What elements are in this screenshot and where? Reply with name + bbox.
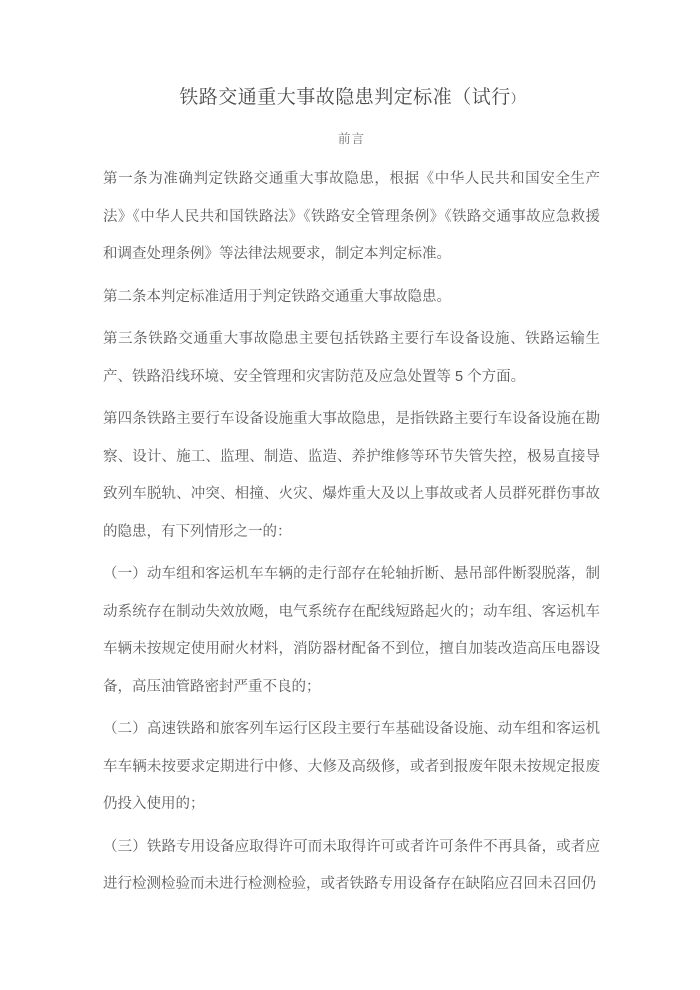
document-content: 铁路交通重大事故隐患判定标准（试行） 前言 第一条为准确判定铁路交通重大事故隐患…	[103, 0, 600, 904]
preface-heading: 前言	[103, 131, 600, 147]
list-item-2: （二）高速铁路和旅客列车运行区段主要行车基础设备设施、动车组和客运机车车辆未按要…	[103, 711, 600, 824]
article-paragraph-1: 第一条为准确判定铁路交通重大事故隐患，根据《中华人民共和国安全生产法》《中华人民…	[103, 161, 600, 274]
document-page: 铁路交通重大事故隐患判定标准（试行） 前言 第一条为准确判定铁路交通重大事故隐患…	[0, 0, 700, 990]
document-body: 第一条为准确判定铁路交通重大事故隐患，根据《中华人民共和国安全生产法》《中华人民…	[103, 161, 600, 904]
document-title-paren: ）	[511, 91, 524, 106]
article-paragraph-4: 第四条铁路主要行车设备设施重大事故隐患，是指铁路主要行车设备设施在勘察、设计、施…	[103, 401, 600, 551]
list-item-1: （一）动车组和客运机车车辆的走行部存在轮轴折断、悬吊部件断裂脱落，制动系统存在制…	[103, 556, 600, 706]
list-item-3: （三）铁路专用设备应取得许可而未取得许可或者许可条件不再具备，或者应进行检测检验…	[103, 829, 600, 904]
document-title-text: 铁路交通重大事故隐患判定标准（试行	[179, 87, 511, 108]
article-paragraph-3: 第三条铁路交通重大事故隐患主要包括铁路主要行车设备设施、铁路运输生产、铁路沿线环…	[103, 321, 600, 396]
article-paragraph-2: 第二条本判定标准适用于判定铁路交通重大事故隐患。	[103, 279, 600, 317]
document-title: 铁路交通重大事故隐患判定标准（试行）	[103, 86, 600, 111]
